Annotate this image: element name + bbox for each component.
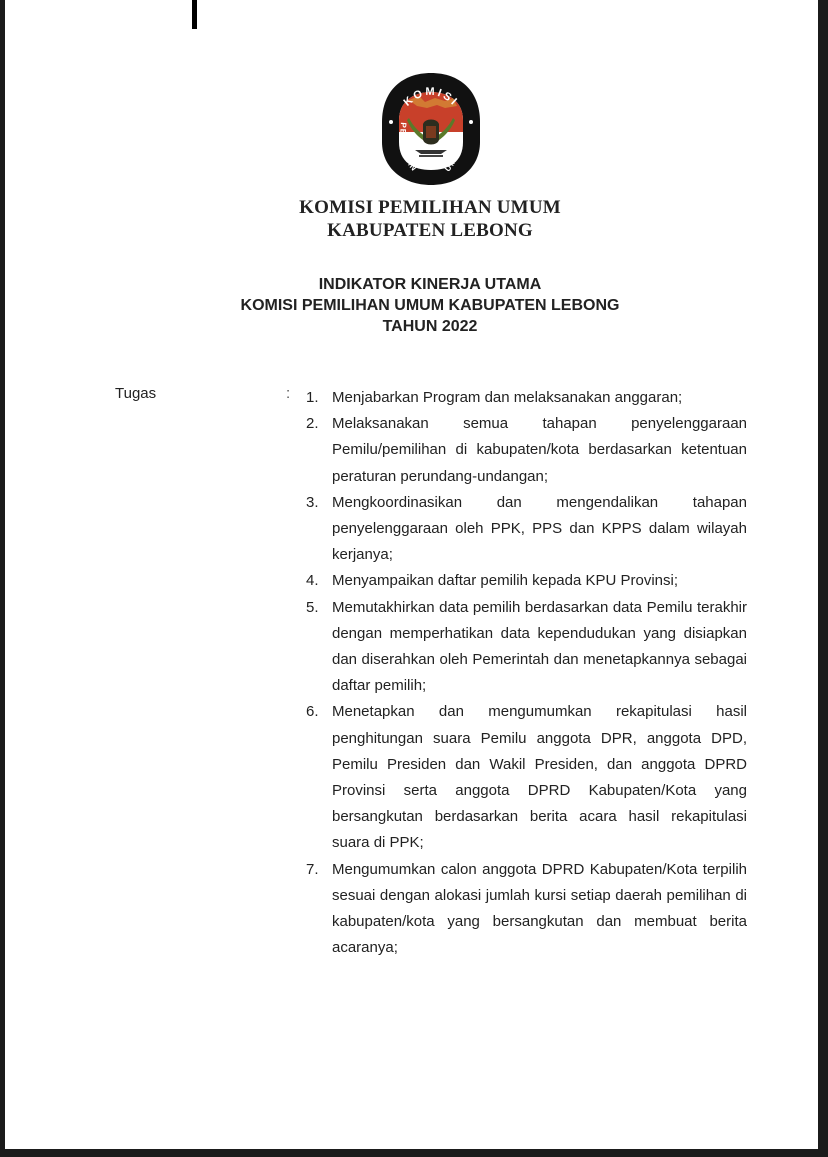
kpu-emblem-icon: KOMISI PEMILIHAN UMUM xyxy=(379,70,483,188)
list-item-text: Menyampaikan daftar pemilih kepada KPU P… xyxy=(332,568,747,594)
list-item: 4. Menyampaikan daftar pemilih kepada KP… xyxy=(300,568,747,594)
doc-subtitle-line1: INDIKATOR KINERJA UTAMA xyxy=(5,276,818,294)
list-item: 3. Mengkoordinasikan dan mengendalikan t… xyxy=(300,490,747,569)
document-page: KOMISI PEMILIHAN UMUM KOMISI PEMILIHAN U… xyxy=(5,0,818,1149)
doc-subtitle-line3: TAHUN 2022 xyxy=(5,318,818,336)
list-item-text: Menetapkan dan mengumumkan rekapitulasi … xyxy=(332,699,747,856)
list-item-text: Memutakhirkan data pemilih berdasarkan d… xyxy=(332,595,747,700)
list-item-text: Melaksanakan semua tahapan penyelenggara… xyxy=(332,411,747,490)
tugas-list: 1. Menjabarkan Program dan melaksanakan … xyxy=(300,385,747,961)
list-item-number: 6. xyxy=(306,699,319,725)
list-item-number: 2. xyxy=(306,411,319,437)
list-item-number: 5. xyxy=(306,595,319,621)
list-item: 6. Menetapkan dan mengumumkan rekapitula… xyxy=(300,699,747,856)
list-item-text: Mengumumkan calon anggota DPRD Kabupaten… xyxy=(332,857,747,962)
list-item: 7. Mengumumkan calon anggota DPRD Kabupa… xyxy=(300,857,747,962)
text-cursor xyxy=(192,0,197,29)
org-title-line2: KABUPATEN LEBONG xyxy=(5,220,818,242)
list-item-text: Menjabarkan Program dan melaksanakan ang… xyxy=(332,385,747,411)
tugas-label: Tugas xyxy=(115,385,156,402)
list-item-number: 4. xyxy=(306,568,319,594)
tugas-separator: : xyxy=(286,385,290,402)
doc-subtitle-line2: KOMISI PEMILIHAN UMUM KABUPATEN LEBONG xyxy=(5,297,818,315)
list-item-number: 3. xyxy=(306,490,319,516)
list-item: 2. Melaksanakan semua tahapan penyelengg… xyxy=(300,411,747,490)
list-item-text: Mengkoordinasikan dan mengendalikan taha… xyxy=(332,490,747,569)
list-item: 5. Memutakhirkan data pemilih berdasarka… xyxy=(300,595,747,700)
org-title-line1: KOMISI PEMILIHAN UMUM xyxy=(5,197,818,219)
list-item-number: 7. xyxy=(306,857,319,883)
list-item-number: 1. xyxy=(306,385,319,411)
list-item: 1. Menjabarkan Program dan melaksanakan … xyxy=(300,385,747,411)
